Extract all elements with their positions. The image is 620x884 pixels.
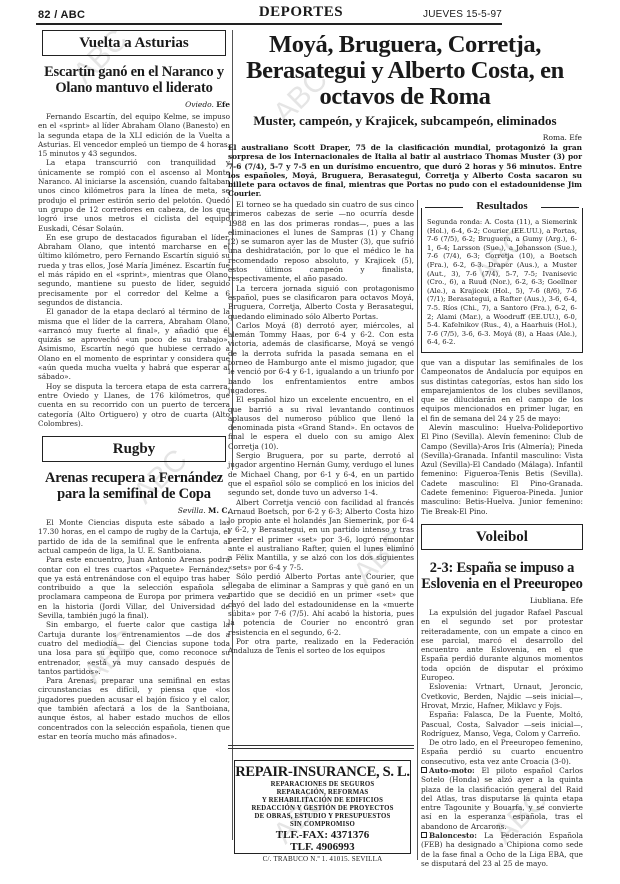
advertisement: REPAIR-INSURANCE, S. L. REPARACIONES DE … xyxy=(234,760,411,854)
page-folio: 82 / ABC xyxy=(38,9,85,21)
lead-subheadline: Muster, campeón, y Krajicek, subcampeón,… xyxy=(228,113,582,129)
lead-intro: El australiano Scott Draper, 75 de la cl… xyxy=(228,143,582,199)
results-title: Resultados xyxy=(421,200,583,212)
lead-continuation: que van a disputar las semifinales de lo… xyxy=(421,358,583,516)
brief-automoto: Auto-moto: El piloto español Carlos Sote… xyxy=(421,766,583,831)
lead-article: Moyá, Bruguera, Corretja, Berasategui y … xyxy=(228,30,582,199)
ad-company: REPAIR-INSURANCE, S. L. xyxy=(235,764,410,781)
header-rule xyxy=(36,23,502,25)
left-column: Vuelta a Asturias Escartín ganó en el Na… xyxy=(38,30,230,741)
lead-byline: Roma. Efe xyxy=(228,133,582,142)
headline-rugby: Arenas recupera a Fernández para la semi… xyxy=(38,470,230,502)
headline-asturias: Escartín ganó en el Naranco y Olano mant… xyxy=(38,64,230,96)
section-label-rugby: Rugby xyxy=(42,436,226,462)
lead-body: El torneo se ha quedado sin cuatro de su… xyxy=(228,200,414,656)
byline-rugby: Sevilla. M. C. xyxy=(38,506,230,515)
ad-phone-fax: TLF.-FAX: 4371376 xyxy=(235,829,410,841)
article-body-voleibol: La expulsión del jugador Rafael Pascual … xyxy=(421,608,583,868)
page-date: JUEVES 15-5-97 xyxy=(423,9,502,20)
column-divider xyxy=(417,200,418,860)
article-body-rugby: El Monte Ciencias disputa este sábado a … xyxy=(38,518,230,741)
lead-headline: Moyá, Bruguera, Corretja, Berasategui y … xyxy=(228,32,582,110)
results-box: Segunda ronda: A. Costa (11), a Siemerin… xyxy=(421,208,583,353)
square-bullet-icon xyxy=(421,767,427,773)
section-title: DEPORTES xyxy=(236,4,366,21)
byline-voleibol: Liubliana. Efe xyxy=(421,596,583,605)
ad-phone: TLF. 4906993 xyxy=(235,841,410,853)
ad-separator-rule xyxy=(228,745,414,749)
section-label-asturias: Vuelta a Asturias xyxy=(42,30,226,56)
right-column: Resultados Segunda ronda: A. Costa (11),… xyxy=(421,200,583,868)
headline-voleibol: 2-3: España se impuso a Eslovenia en el … xyxy=(421,560,583,592)
byline-asturias: Oviedo. Efe xyxy=(38,100,230,109)
section-label-voleibol: Voleibol xyxy=(421,524,583,550)
brief-baloncesto: Baloncesto: La Federación Española (FEB)… xyxy=(421,831,583,868)
square-bullet-icon xyxy=(421,832,427,838)
article-body-asturias: Fernando Escartín, del equipo Kelme, se … xyxy=(38,112,230,428)
ad-address: C/. TRABUCO N.º 1. 41015. SEVILLA xyxy=(235,855,410,863)
